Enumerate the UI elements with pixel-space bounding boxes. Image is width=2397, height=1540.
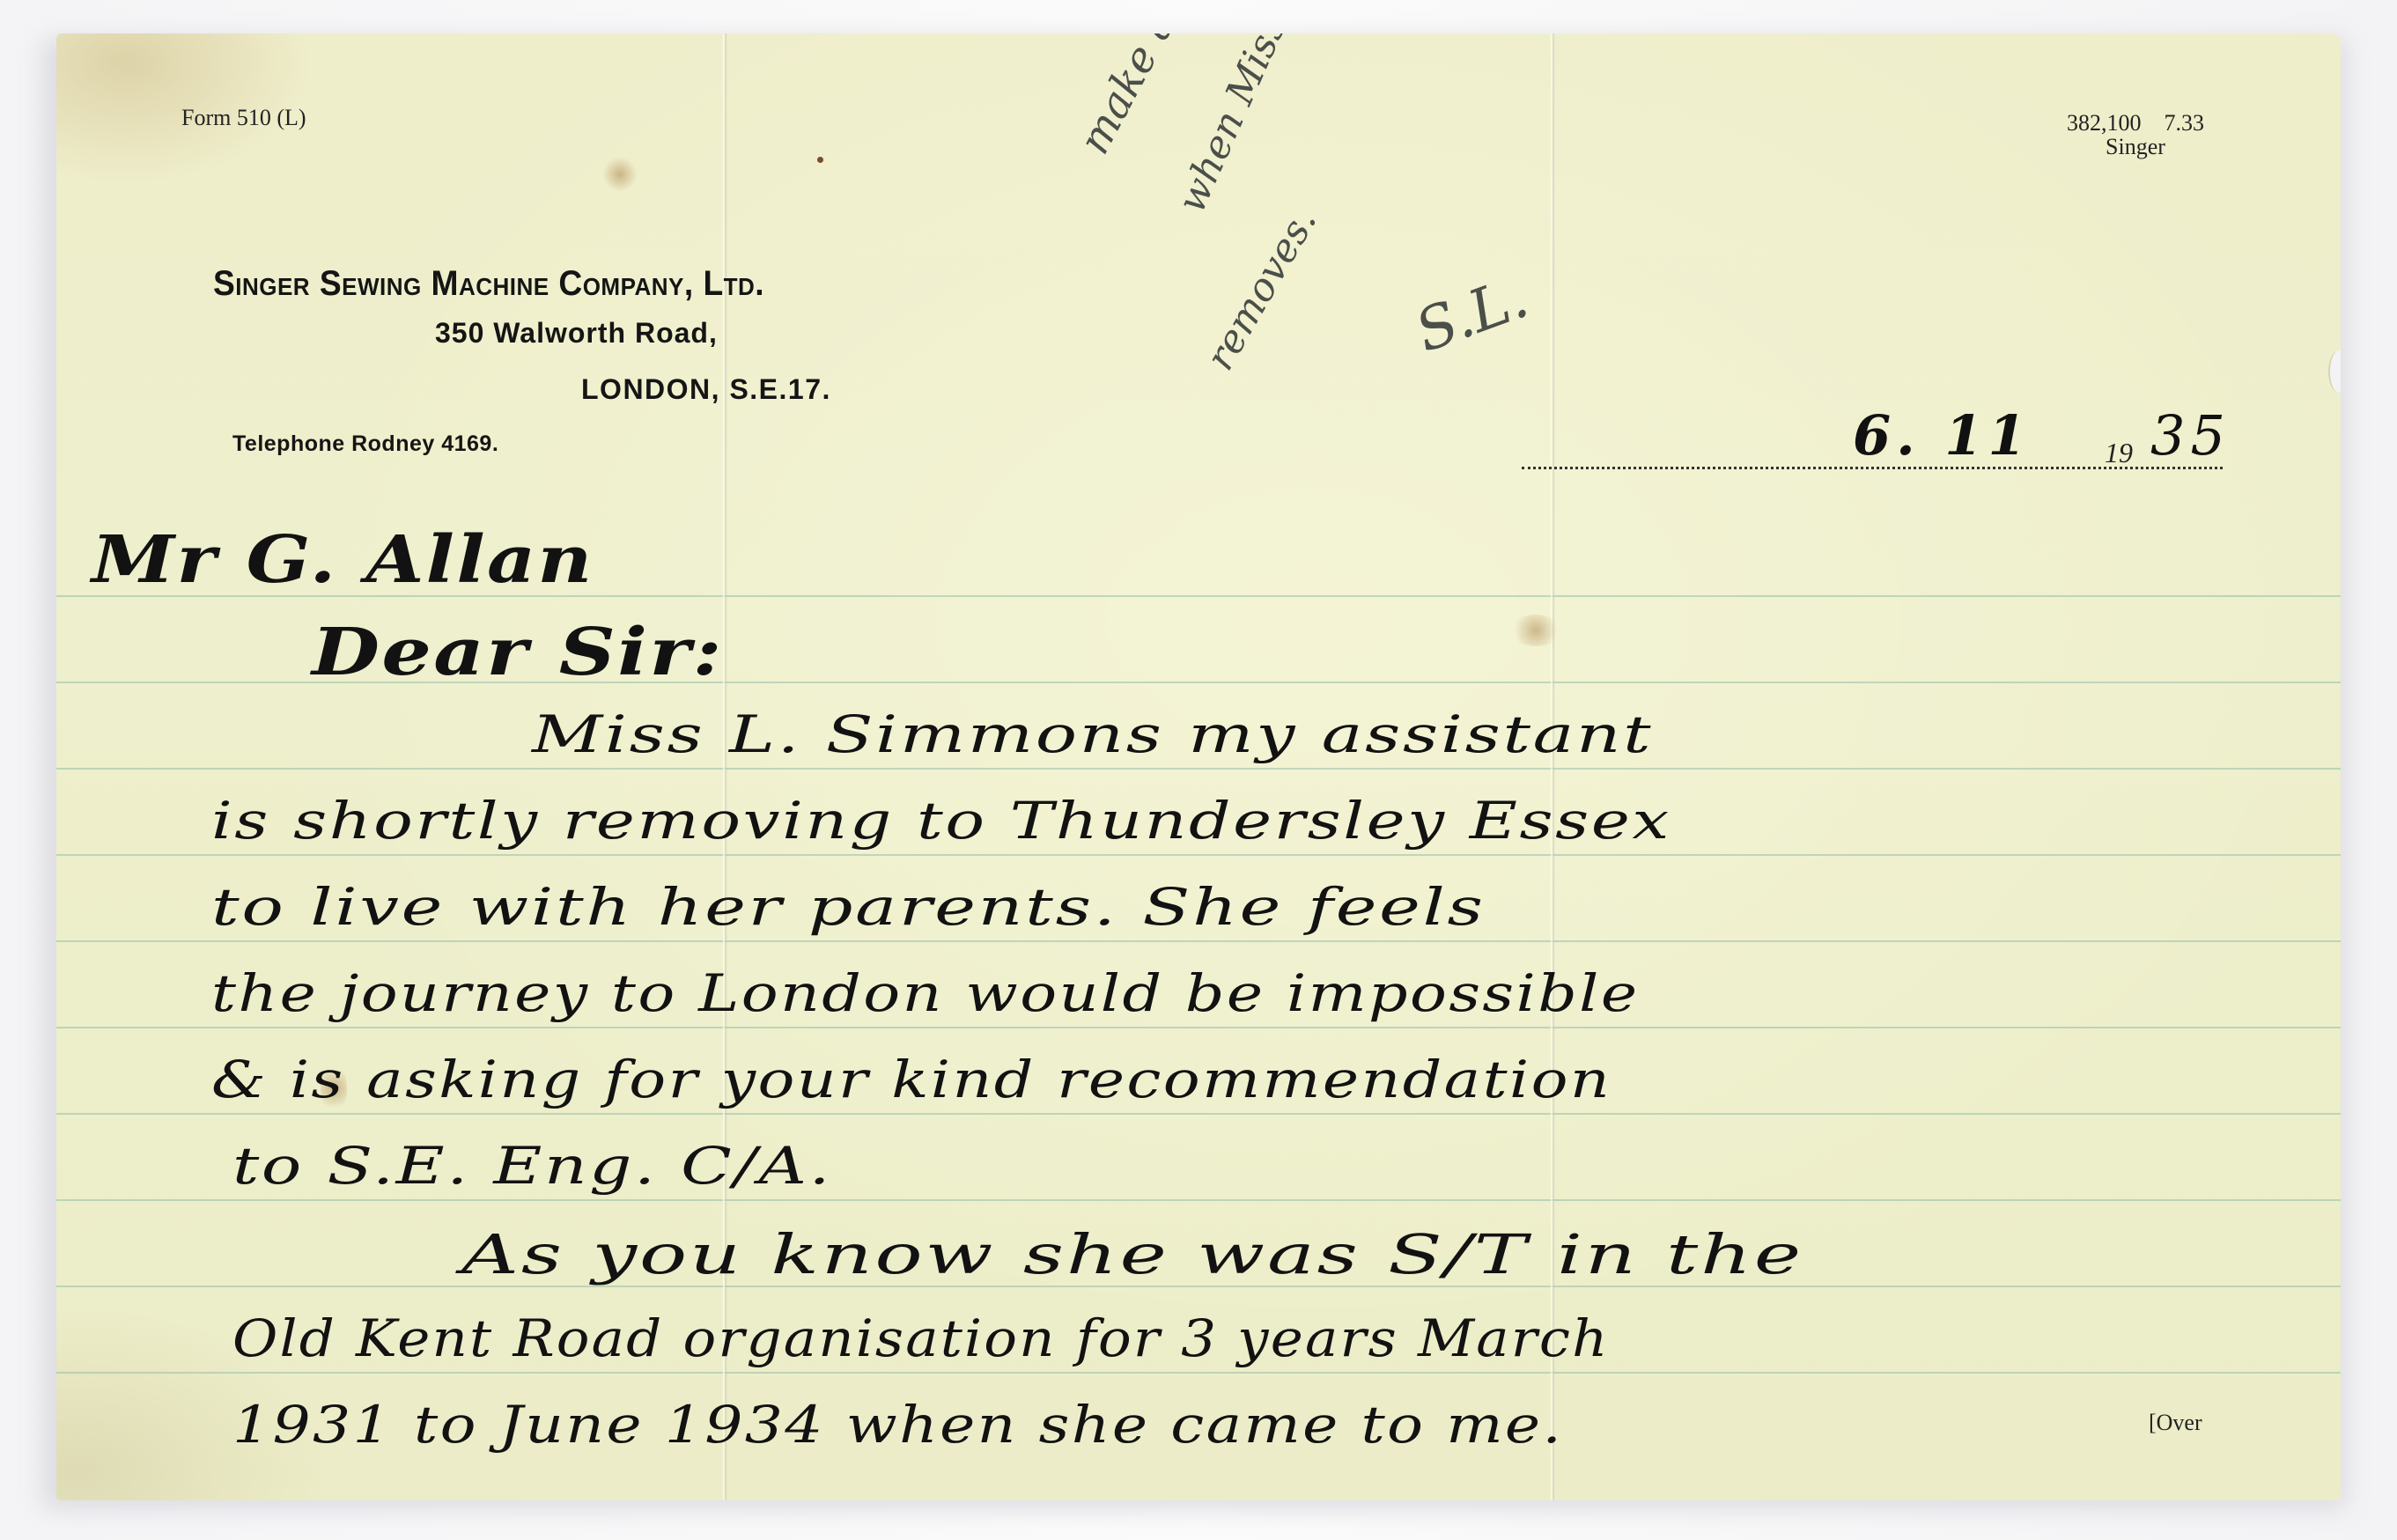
pencil-annotation-line2: when Miss Simmons	[1169, 33, 1374, 219]
letter-line-6: to S.E. Eng. C/A.	[232, 1136, 832, 1196]
continuation-marker: [Over	[2149, 1411, 2202, 1434]
company-street-address: 350 Walworth Road,	[435, 317, 718, 350]
company-telephone: Telephone Rodney 4169.	[232, 431, 498, 457]
reference-code: 382,100 7.33 Singer	[2043, 111, 2228, 159]
letter-line-7: As you know she was S/T in the	[461, 1222, 1803, 1286]
reference-code-number: 382,100 7.33	[2043, 111, 2228, 135]
stain	[602, 157, 638, 192]
ink-speck	[817, 157, 823, 163]
form-number: Form 510 (L)	[181, 106, 306, 129]
date-year-handwritten: 35	[2150, 403, 2231, 468]
ruled-line	[56, 1027, 2341, 1028]
stain	[1509, 615, 1562, 646]
pencil-initials: S.L.	[1407, 263, 1537, 365]
letter-sheet: Form 510 (L) 382,100 7.33 Singer Singer …	[56, 33, 2341, 1500]
letter-line-2: is shortly removing to Thundersley Essex	[211, 791, 1671, 851]
reference-code-brand: Singer	[2043, 135, 2228, 158]
scan-background: Form 510 (L) 382,100 7.33 Singer Singer …	[0, 0, 2397, 1540]
letter-line-8: Old Kent Road organisation for 3 years M…	[232, 1308, 1610, 1368]
addressee-name: Mr G. Allan	[92, 522, 594, 598]
greeting: Dear Sir:	[312, 615, 724, 690]
letter-line-9: 1931 to June 1934 when she came to me.	[232, 1395, 1563, 1455]
edge-notch	[2328, 350, 2341, 393]
date-century-printed: 19	[2105, 437, 2133, 469]
letter-line-1: Miss L. Simmons my assistant	[532, 704, 1653, 764]
ruled-line	[56, 854, 2341, 856]
letter-line-4: the journey to London would be impossibl…	[211, 963, 1639, 1023]
ruled-line	[56, 940, 2341, 942]
ruled-line	[56, 768, 2341, 770]
letter-line-3: to live with her parents. She feels	[211, 877, 1486, 937]
letter-line-5: & is asking for your kind recommendation	[211, 1050, 1612, 1109]
ruled-line	[56, 1199, 2341, 1201]
date-day-month: 6. 11	[1853, 403, 2032, 468]
company-city: LONDON, S.E.17.	[581, 373, 831, 406]
ruled-line	[56, 1113, 2341, 1115]
ruled-line	[56, 1372, 2341, 1374]
company-name: Singer Sewing Machine Company, Ltd.	[213, 264, 764, 304]
pencil-annotation-line3: removes.	[1198, 201, 1326, 378]
